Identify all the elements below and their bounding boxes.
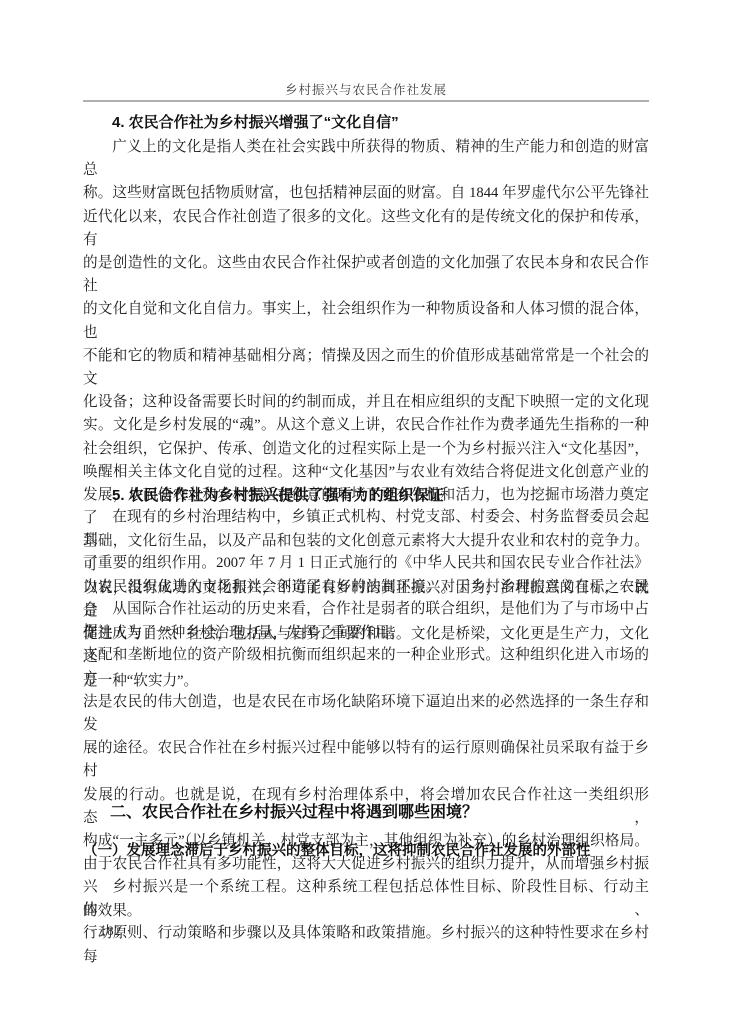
paragraph-cooperative-movement: 从国际合作社运动的历史来看，合作社是弱者的联合组织，是他们为了与市场中占据支配和…: [83, 598, 649, 923]
text-line: 了重要的组织作用。2007 年 7 月 1 日正式施行的《中华人民共和国农民专业…: [83, 552, 649, 575]
text-line: 实。文化是乡村发展的“魂”。从这个意义上讲，农民合作社作为费孝通先生指称的一种: [83, 414, 649, 437]
text-line: 的文化自觉和文化自信力。事实上，社会组织作为一种物质设备和人体习惯的混合体，也: [83, 298, 649, 344]
subsection-2-1-heading: （一）发展理念滞后于乡村振兴的整体目标，这将抑制农民合作社发展的外部性: [83, 841, 649, 861]
text-line: 法是农民的伟大创造，也是农民在市场化缺陷环境下逼迫出来的必然选择的一条生存和发: [83, 691, 649, 737]
text-line: 称。这些财富既包括物质财富，也包括精神层面的财富。自 1844 年罗虚代尔公平先…: [83, 182, 649, 205]
heading-item-4-culture-confidence: 4. 农民合作社为乡村振兴增强了“文化自信”: [83, 112, 649, 133]
section-2-heading: 二、农民合作社在乡村振兴过程中将遇到哪些困境？: [83, 802, 649, 824]
text-line: 唤醒相关主体文化自觉的过程。这种“文化基因”与农业有效结合将促进文化创意产业的: [83, 461, 649, 484]
text-line: 支配和垄断地位的资产阶级相抗衡而组织起来的一种企业形式。这种组织化进入市场的方: [83, 644, 649, 690]
page-body: 4. 农民合作社为乡村振兴增强了“文化自信” 广义上的文化是指人类在社会实践中所…: [83, 0, 649, 1024]
text-line: 社会组织，它保护、传承、创造文化的过程实际上是一个为乡村振兴注入“文化基因”，: [83, 438, 649, 461]
text-line: 行动原则、行动策略和步骤以及具体策略和政策措施。乡村振兴的这种特性要求在乡村每: [83, 922, 649, 968]
text-line: 乡村振兴是一个系统工程。这种系统工程包括总体性目标、阶段性目标、行动主体、: [83, 876, 649, 922]
text-line: 化设备；这种设备需要长时间的约制而成，并且在相应组织的支配下映照一定的文化现: [83, 391, 649, 414]
paragraph-systematic-project: 乡村振兴是一个系统工程。这种系统工程包括总体性目标、阶段性目标、行动主体、行动原…: [83, 876, 649, 969]
text-line: 从国际合作社运动的历史来看，合作社是弱者的联合组织，是他们为了与市场中占据: [83, 598, 649, 644]
text-line: 的是创造性的文化。这些由农民合作社保护或者创造的文化加强了农民本身和农民合作社: [83, 252, 649, 298]
text-line: 在现有的乡村治理结构中，乡镇正式机构、村党支部、村委会、村务监督委员会起到: [83, 506, 649, 552]
text-line: 广义上的文化是指人类在社会实践中所获得的物质、精神的生产能力和创造的财富总: [83, 136, 649, 182]
text-line: 近代化以来，农民合作社创造了很多的文化。这些文化有的是传统文化的保护和传承，有: [83, 206, 649, 252]
text-line: 展的途径。农民合作社在乡村振兴过程中能够以特有的运行原则确保社员采取有益于乡村: [83, 737, 649, 783]
page-number: · 182 ·: [90, 923, 132, 939]
book-page: 乡村振兴与农民合作社发展 4. 农民合作社为乡村振兴增强了“文化自信” 广义上的…: [0, 0, 732, 1024]
text-line: 不能和它的物质和精神基础相分离；情操及因之而生的价值形成基础常常是一个社会的文: [83, 345, 649, 391]
heading-item-5-organizational-guarantee: 5. 农民合作社为乡村振兴提供了强有力的组织保证: [83, 485, 649, 506]
